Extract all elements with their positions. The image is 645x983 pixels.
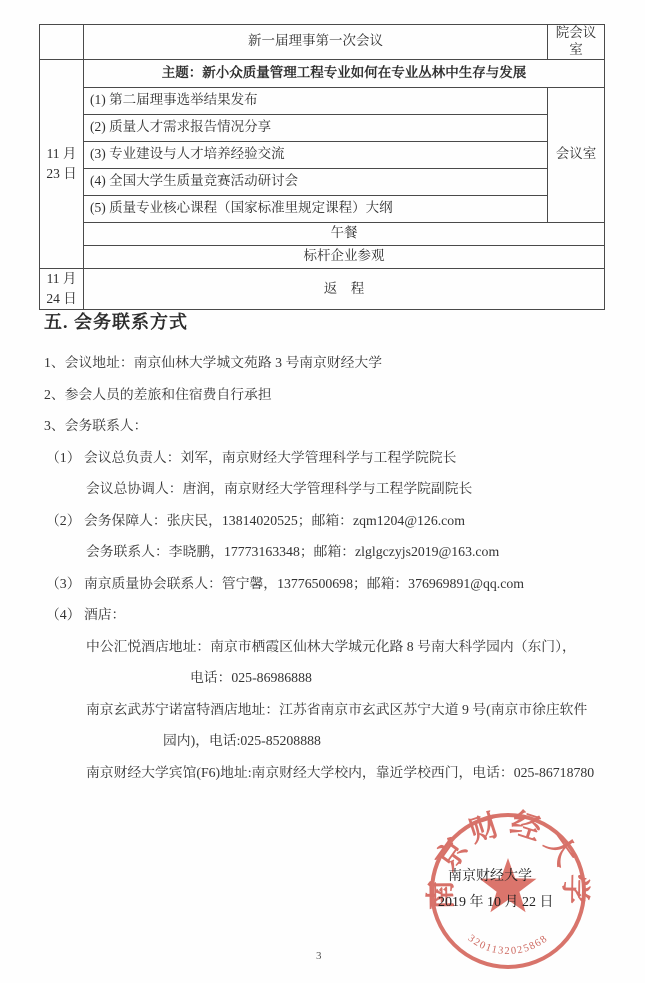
contact-line-hotel3: 南京财经大学宾馆(F6)地址:南京财经大学校内，靠近学校西门，电话：025-86… — [0, 762, 645, 794]
contact-line-hotels-label: （4） 酒店： — [0, 604, 645, 636]
signature-org: 南京财经大学 — [438, 864, 554, 890]
venue-cell-yuan: 院会议室 — [548, 25, 605, 60]
contact-line-hotel1: 中公汇悦酒店地址：南京市栖霞区仙林大学城元化路 8 号南大科学园内（东门）， — [0, 636, 645, 668]
date-day: 23 日 — [46, 164, 77, 184]
table-row: 11 月 23 日 主题：新小众质量管理工程专业如何在专业丛林中生存与发展 — [40, 59, 605, 87]
lunch-cell: 午餐 — [84, 222, 605, 245]
agenda-item-4: (4) 全国大学生质量竞赛活动研讨会 — [84, 168, 548, 195]
document-page: 新一届理事第一次会议 院会议室 11 月 23 日 主题：新小众质量管理工程专业… — [0, 0, 645, 983]
contact-line-hotel2: 南京玄武苏宁诺富特酒店地址：江苏省南京市玄武区苏宁大道 9 号(南京市徐庄软件 — [0, 699, 645, 731]
return-cell: 返 程 — [84, 268, 605, 310]
date-month: 11 月 — [46, 269, 77, 289]
contact-line-association: （3） 南京质量协会联系人：管宁馨，13776500698；邮箱：3769698… — [0, 573, 645, 605]
contact-line-coordinator: 会议总协调人：唐润，南京财经大学管理科学与工程学院副院长 — [0, 478, 645, 510]
table-row: 午餐 — [40, 222, 605, 245]
signature-date: 2019 年 10 月 22 日 — [438, 890, 554, 916]
meeting-title-cell: 新一届理事第一次会议 — [84, 25, 548, 60]
table-row: (2) 质量人才需求报告情况分享 — [40, 114, 605, 141]
table-row: 标杆企业参观 — [40, 245, 605, 268]
agenda-item-5: (5) 质量专业核心课程（国家标准里规定课程）大纲 — [84, 195, 548, 222]
contact-line-chief: （1） 会议总负责人：刘军，南京财经大学管理科学与工程学院院长 — [0, 447, 645, 479]
date-day: 24 日 — [46, 289, 77, 309]
contact-line-hotel2-phone: 园内)，电话:025-85208888 — [0, 730, 645, 762]
page-number: 3 — [316, 950, 322, 962]
contact-line-expenses: 2、参会人员的差旅和住宿费自行承担 — [0, 384, 645, 416]
agenda-item-3: (3) 专业建设与人才培养经验交流 — [84, 141, 548, 168]
table-row: (4) 全国大学生质量竞赛活动研讨会 — [40, 168, 605, 195]
seal-code: 3201132025868 — [466, 933, 551, 957]
table-row: (5) 质量专业核心课程（国家标准里规定课程）大纲 — [40, 195, 605, 222]
contact-line-hotel1-phone: 电话：025-86986888 — [0, 667, 645, 699]
agenda-item-2: (2) 质量人才需求报告情况分享 — [84, 114, 548, 141]
table-row: (1) 第二届理事选举结果发布 会议室 — [40, 87, 605, 114]
date-cell-nov24: 11 月 24 日 — [40, 268, 84, 310]
schedule-table: 新一届理事第一次会议 院会议室 11 月 23 日 主题：新小众质量管理工程专业… — [39, 24, 605, 310]
section-heading: 五. 会务联系方式 — [44, 308, 188, 334]
table-row: 新一届理事第一次会议 院会议室 — [40, 25, 605, 60]
contact-line-address: 1、会议地址：南京仙林大学城文苑路 3 号南京财经大学 — [0, 352, 645, 384]
agenda-item-1: (1) 第二届理事选举结果发布 — [84, 87, 548, 114]
contact-line-liaison: 会务联系人：李晓鹏，17773163348；邮箱：zlglgczyjs2019@… — [0, 541, 645, 573]
date-month: 11 月 — [46, 144, 77, 164]
table-row: 11 月 24 日 返 程 — [40, 268, 605, 310]
visit-cell: 标杆企业参观 — [84, 245, 605, 268]
venue-cell-meeting-room: 会议室 — [548, 87, 605, 222]
theme-cell: 主题：新小众质量管理工程专业如何在专业丛林中生存与发展 — [84, 59, 605, 87]
date-cell-empty — [40, 25, 84, 60]
date-cell-nov23: 11 月 23 日 — [40, 59, 84, 268]
contacts-block: 1、会议地址：南京仙林大学城文苑路 3 号南京财经大学 2、参会人员的差旅和住宿… — [0, 352, 645, 793]
table-row: (3) 专业建设与人才培养经验交流 — [40, 141, 605, 168]
contact-line-support: （2） 会务保障人：张庆民，13814020525；邮箱：zqm1204@126… — [0, 510, 645, 542]
contact-line-contacts-label: 3、会务联系人： — [0, 415, 645, 447]
signature-block: 南京财经大学 2019 年 10 月 22 日 — [438, 864, 554, 916]
